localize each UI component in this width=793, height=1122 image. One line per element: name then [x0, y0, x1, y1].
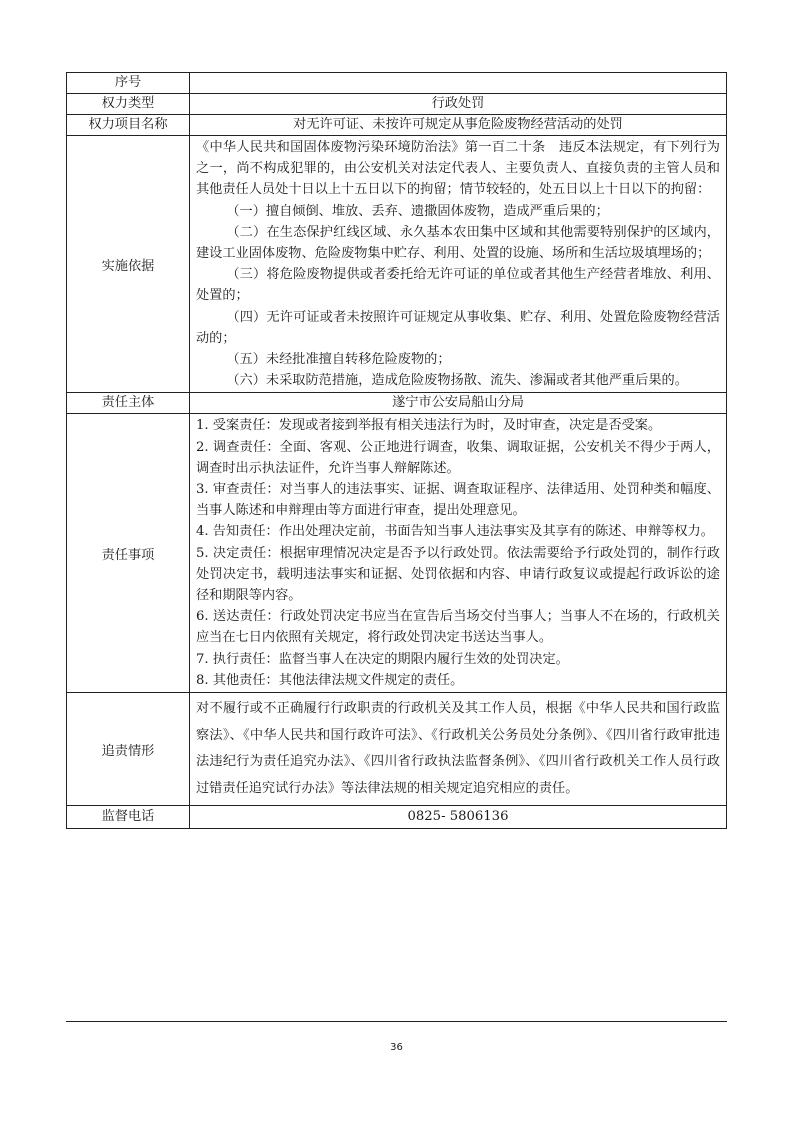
subject-label: 责任主体: [67, 393, 190, 414]
row-power-name: 权力项目名称 对无许可证、未按许可规定从事危险废物经营活动的处罚: [67, 115, 727, 136]
page-number: 36: [0, 1042, 793, 1053]
serial-value: [190, 73, 727, 94]
power-list-table: 序号 权力类型 行政处罚 权力项目名称 对无许可证、未按许可规定从事危险废物经营…: [66, 72, 727, 829]
power-name-value: 对无许可证、未按许可规定从事危险废物经营活动的处罚: [190, 115, 727, 136]
power-type-label: 权力类型: [67, 94, 190, 115]
duty-item: 8. 其他责任：其他法律法规文件规定的责任。: [196, 670, 720, 691]
basis-item: （一）擅自倾倒、堆放、丢弃、遗撒固体废物，造成严重后果的；: [196, 201, 720, 222]
duty-item: 1. 受案责任：发现或者接到举报有相关违法行为时，及时审查，决定是否受案。: [196, 415, 720, 436]
row-serial: 序号: [67, 73, 727, 94]
row-duties: 责任事项 1. 受案责任：发现或者接到举报有相关违法行为时，及时审查，决定是否受…: [67, 414, 727, 693]
duty-item: 6. 送达责任：行政处罚决定书应当在宣告后当场交付当事人；当事人不在场的，行政机…: [196, 606, 720, 648]
footer-divider: [66, 1021, 727, 1022]
subject-value: 遂宁市公安局船山分局: [190, 393, 727, 414]
duty-item: 7. 执行责任：监督当事人在决定的期限内履行生效的处罚决定。: [196, 649, 720, 670]
accountability-text: 对不履行或不正确履行行政职责的行政机关及其工作人员，根据《中华人民共和国行政监察…: [190, 693, 726, 805]
basis-intro: 《中华人民共和国固体废物污染环境防治法》第一百二十条 违反本法规定，有下列行为之…: [196, 137, 720, 201]
row-basis: 实施依据 《中华人民共和国固体废物污染环境防治法》第一百二十条 违反本法规定，有…: [67, 136, 727, 393]
basis-item: （三）将危险废物提供或者委托给无许可证的单位或者其他生产经营者堆放、利用、处置的…: [196, 264, 720, 306]
duty-item: 5. 决定责任：根据审理情况决定是否予以行政处罚。依法需要给予行政处罚的，制作行…: [196, 543, 720, 607]
duties-content: 1. 受案责任：发现或者接到举报有相关违法行为时，及时审查，决定是否受案。 2.…: [190, 414, 727, 693]
duties-label: 责任事项: [67, 414, 190, 693]
power-name-label: 权力项目名称: [67, 115, 190, 136]
basis-label: 实施依据: [67, 136, 190, 393]
duty-item: 2. 调查责任：全面、客观、公正地进行调查，收集、调取证据，公安机关不得少于两人…: [196, 437, 720, 479]
basis-content: 《中华人民共和国固体废物污染环境防治法》第一百二十条 违反本法规定，有下列行为之…: [190, 136, 727, 393]
accountability-label: 追责情形: [67, 693, 190, 806]
phone-label: 监督电话: [67, 806, 190, 829]
row-phone: 监督电话 0825- 5806136: [67, 806, 727, 829]
row-accountability: 追责情形 对不履行或不正确履行行政职责的行政机关及其工作人员，根据《中华人民共和…: [67, 693, 727, 806]
power-type-value: 行政处罚: [190, 94, 727, 115]
row-power-type: 权力类型 行政处罚: [67, 94, 727, 115]
basis-item: （六）未采取防范措施，造成危险废物扬散、流失、渗漏或者其他严重后果的。: [196, 370, 720, 391]
duty-item: 4. 告知责任：作出处理决定前，书面告知当事人违法事实及其享有的陈述、申辩等权力…: [196, 521, 720, 542]
basis-item: （四）无许可证或者未按照许可证规定从事收集、贮存、利用、处置危险废物经营活动的；: [196, 307, 720, 349]
serial-label: 序号: [67, 73, 190, 94]
duty-item: 3. 审查责任：对当事人的违法事实、证据、调查取证程序、法律适用、处罚种类和幅度…: [196, 479, 720, 521]
row-subject: 责任主体 遂宁市公安局船山分局: [67, 393, 727, 414]
basis-item: （二）在生态保护红线区域、永久基本农田集中区域和其他需要特别保护的区域内，建设工…: [196, 222, 720, 264]
phone-value: 0825- 5806136: [190, 806, 727, 829]
accountability-content: 对不履行或不正确履行行政职责的行政机关及其工作人员，根据《中华人民共和国行政监察…: [190, 693, 727, 806]
basis-item: （五）未经批准擅自转移危险废物的；: [196, 349, 720, 370]
